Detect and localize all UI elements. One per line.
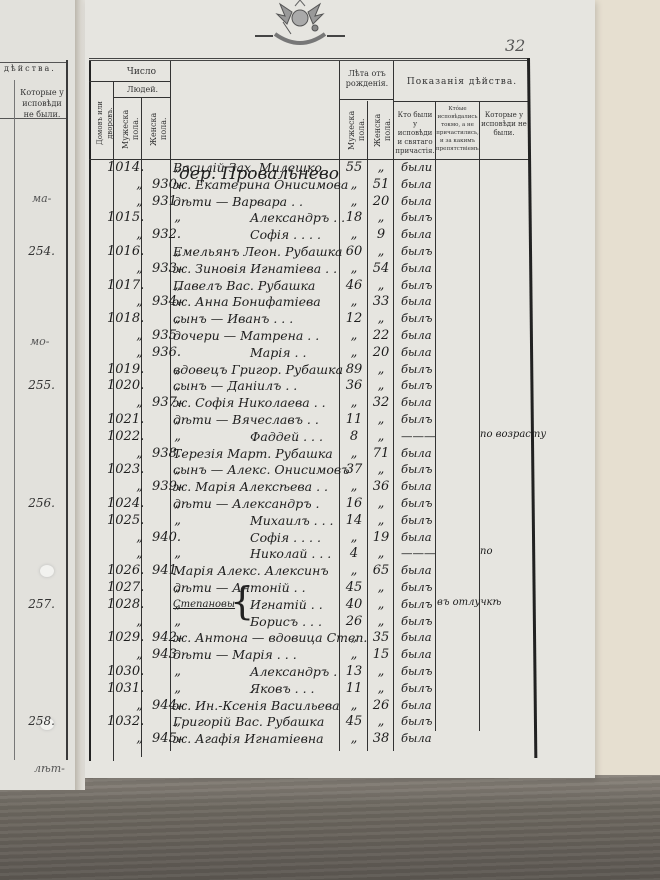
person-name: дѣти — Варвара . .: [173, 194, 341, 209]
female-number: 936.: [145, 345, 181, 360]
confession-status: была: [401, 177, 447, 191]
left-margin-note: ма-: [32, 192, 51, 205]
age-female: „: [369, 614, 393, 629]
male-number: 1032.: [107, 714, 143, 729]
male-number: 1021.: [107, 412, 143, 427]
female-number: „: [145, 681, 181, 696]
female-number: „: [145, 513, 181, 528]
book-gutter: [75, 0, 85, 790]
age-male: 4: [343, 546, 365, 561]
left-header-rule: [0, 62, 66, 63]
confession-status: были: [401, 160, 447, 174]
male-number: 1023.: [107, 462, 143, 477]
person-name: ж. Екатерина Онисимова: [173, 177, 341, 192]
header-people: Людей.: [115, 85, 170, 95]
floor: [0, 775, 660, 880]
male-number: 1031.: [107, 681, 143, 696]
age-male: 18: [343, 210, 365, 225]
age-male: „: [343, 479, 365, 494]
confession-status: былъ: [401, 412, 447, 426]
male-number: 1022.: [107, 429, 143, 444]
age-male: „: [343, 345, 365, 360]
left-header-rule: [0, 118, 66, 119]
female-number: „: [145, 664, 181, 679]
header-confessed: Кто были у исповѣди и святаго причастія.: [395, 111, 435, 156]
absence-note: въ отлучкѣ: [437, 597, 517, 608]
header-female: Женска пола.: [149, 103, 161, 155]
age-female: „: [369, 278, 393, 293]
header-confessed-only: Кто́ые исповѣдались токмо, а не причасти…: [436, 105, 479, 153]
age-male: „: [343, 731, 365, 746]
age-male: 13: [343, 664, 365, 679]
confession-status: былъ: [401, 580, 447, 594]
left-header-absent: Которые у исповѣди не были.: [18, 87, 66, 120]
age-female: „: [369, 580, 393, 595]
age-male: 11: [343, 681, 365, 696]
age-female: „: [369, 244, 393, 259]
female-number: „: [145, 614, 181, 629]
left-frame-line: [66, 60, 68, 760]
male-number: „: [107, 261, 143, 276]
person-name: ж. Анна Бонифатіева: [173, 294, 341, 309]
age-female: „: [369, 378, 393, 393]
confession-status: была: [401, 647, 447, 661]
person-name: сынъ — Даніилъ . .: [173, 378, 341, 393]
age-male: 8: [343, 429, 365, 444]
age-male: „: [343, 698, 365, 713]
house-number: 256.: [15, 496, 55, 510]
age-female: 36: [369, 479, 393, 494]
male-number: 1029.: [107, 630, 143, 645]
confession-status: была: [401, 328, 447, 342]
confession-status: былъ: [401, 513, 447, 527]
person-name: дѣти — Вячеславъ . .: [173, 412, 341, 427]
male-number: „: [107, 446, 143, 461]
header-number: Число: [113, 67, 170, 77]
paper-damage: [40, 565, 54, 577]
age-female: 51: [369, 177, 393, 192]
page-number: 32: [505, 36, 525, 55]
confession-status: былъ: [401, 714, 447, 728]
age-male: „: [343, 630, 365, 645]
confession-status: ———: [401, 429, 447, 443]
age-female: 71: [369, 446, 393, 461]
age-female: „: [369, 496, 393, 511]
family-label: Степановы: [173, 599, 235, 610]
age-male: 16: [343, 496, 365, 511]
age-female: „: [369, 362, 393, 377]
age-male: „: [343, 395, 365, 410]
confession-status: была: [401, 446, 447, 460]
age-male: 26: [343, 614, 365, 629]
age-female: 20: [369, 345, 393, 360]
absent-reason: по возрасту: [480, 429, 560, 440]
male-number: „: [107, 328, 143, 343]
confession-status: былъ: [401, 362, 447, 376]
age-male: „: [343, 294, 365, 309]
person-name: ж. Ин.-Ксенія Васильева: [173, 698, 341, 713]
age-male: „: [343, 328, 365, 343]
male-number: „: [107, 546, 143, 561]
male-number: 1016.: [107, 244, 143, 259]
person-name: Емельянъ Леон. Рубашка: [173, 244, 341, 259]
header-age-female: Женска пола.: [373, 105, 385, 155]
age-male: „: [343, 261, 365, 276]
header-houses: Домовъ или дворовъ.: [95, 91, 109, 155]
person-name: Григорій Вас. Рубашка: [173, 714, 341, 729]
male-number: 1014.: [107, 160, 143, 175]
confession-status: былъ: [401, 496, 447, 510]
age-male: „: [343, 194, 365, 209]
confession-status: ———: [401, 546, 447, 560]
age-female: „: [369, 681, 393, 696]
house-number: 255.: [15, 378, 55, 392]
confession-status: была: [401, 395, 447, 409]
confession-status: былъ: [401, 614, 447, 628]
header-rule: [89, 81, 170, 82]
age-female: „: [369, 160, 393, 175]
female-number: „: [145, 429, 181, 444]
left-margin-note: лѣт-: [34, 762, 65, 775]
person-name: дѣти — Марія . . .: [173, 647, 341, 662]
age-female: 65: [369, 563, 393, 578]
male-number: „: [107, 395, 143, 410]
absent-reason: по: [480, 546, 560, 557]
header-age: Лѣта отъ рожденія.: [341, 69, 393, 89]
age-female: „: [369, 714, 393, 729]
age-male: „: [343, 227, 365, 242]
confession-status: была: [401, 194, 447, 208]
age-female: 54: [369, 261, 393, 276]
age-female: „: [369, 546, 393, 561]
age-female: „: [369, 513, 393, 528]
male-number: 1026.: [107, 563, 143, 578]
age-male: 89: [343, 362, 365, 377]
left-column-line: [14, 80, 15, 760]
header-male: Мужеска пола.: [121, 103, 133, 155]
confession-status: была: [401, 479, 447, 493]
person-name: дѣти — Александръ .: [173, 496, 341, 511]
age-female: „: [369, 210, 393, 225]
confession-status: была: [401, 345, 447, 359]
person-name: Терезія Март. Рубашка: [173, 446, 341, 461]
header-status: Показанія дѣйства.: [395, 77, 529, 87]
female-number: 932.: [145, 227, 181, 242]
female-number: „: [145, 546, 181, 561]
person-name: вдовецъ Григор. Рубашка: [173, 362, 341, 377]
header-rule: [393, 101, 529, 102]
age-male: 37: [343, 462, 365, 477]
age-male: „: [343, 530, 365, 545]
confession-status: былъ: [401, 681, 447, 695]
house-number: 254.: [15, 244, 55, 258]
confession-status: былъ: [401, 210, 447, 224]
male-number: „: [107, 647, 143, 662]
male-number: 1018.: [107, 311, 143, 326]
age-male: „: [343, 563, 365, 578]
person-name: Марія Алекс. Алексинъ: [173, 563, 341, 578]
male-number: 1019.: [107, 362, 143, 377]
age-female: „: [369, 664, 393, 679]
age-female: „: [369, 311, 393, 326]
male-number: „: [107, 194, 143, 209]
confession-status: была: [401, 227, 447, 241]
male-number: 1017.: [107, 278, 143, 293]
table-row: „945.ж. Агафія Игнатіевна„38была: [85, 731, 530, 753]
imperial-eagle-crest-icon: [255, 0, 345, 50]
age-male: 45: [343, 580, 365, 595]
male-number: „: [107, 731, 143, 746]
left-header-status: дѣйства.: [4, 64, 56, 73]
age-male: 40: [343, 597, 365, 612]
age-female: 35: [369, 630, 393, 645]
person-name: ж. Зиновія Игнатіева . .: [173, 261, 341, 276]
confession-status: была: [401, 261, 447, 275]
female-number: „: [145, 210, 181, 225]
house-number: 257.: [15, 597, 55, 611]
male-number: „: [107, 345, 143, 360]
person-name: Павелъ Вас. Рубашка: [173, 278, 341, 293]
confession-status: была: [401, 563, 447, 577]
person-name: сынъ — Иванъ . . .: [173, 311, 341, 326]
male-number: „: [107, 614, 143, 629]
header-rule: [339, 99, 393, 100]
person-name: дѣти — Антоній . .: [173, 580, 341, 595]
confession-status: была: [401, 294, 447, 308]
age-female: 15: [369, 647, 393, 662]
person-name: Василій Зах. Милешко: [173, 160, 341, 175]
male-number: 1030.: [107, 664, 143, 679]
age-male: 11: [343, 412, 365, 427]
confession-status: былъ: [401, 378, 447, 392]
age-male: 36: [343, 378, 365, 393]
age-female: 22: [369, 328, 393, 343]
age-male: 60: [343, 244, 365, 259]
male-number: 1020.: [107, 378, 143, 393]
confession-status: была: [401, 630, 447, 644]
confession-status: былъ: [401, 664, 447, 678]
age-male: 14: [343, 513, 365, 528]
confession-status: была: [401, 698, 447, 712]
left-page: дѣйства. Которые у исповѣди не были. ма-…: [0, 0, 76, 790]
age-female: „: [369, 429, 393, 444]
age-female: 9: [369, 227, 393, 242]
male-number: „: [107, 479, 143, 494]
male-number: „: [107, 294, 143, 309]
male-number: „: [107, 530, 143, 545]
age-male: 12: [343, 311, 365, 326]
confession-status: былъ: [401, 244, 447, 258]
header-age-male: Мужеска пола.: [347, 105, 359, 155]
header-absent: Которые у исповѣди не были.: [481, 111, 527, 138]
male-number: 1015.: [107, 210, 143, 225]
female-number: 940.: [145, 530, 181, 545]
age-female: 38: [369, 731, 393, 746]
person-name: сынъ — Алекс. Онисимовъ: [173, 462, 341, 477]
age-female: „: [369, 597, 393, 612]
age-male: 45: [343, 714, 365, 729]
male-number: 1027.: [107, 580, 143, 595]
age-female: 19: [369, 530, 393, 545]
male-number: „: [107, 227, 143, 242]
male-number: 1025.: [107, 513, 143, 528]
person-name: ж. Софія Николаева . .: [173, 395, 341, 410]
person-name: ж. Агафія Игнатіевна: [173, 731, 341, 746]
age-male: 46: [343, 278, 365, 293]
confession-status: былъ: [401, 311, 447, 325]
left-margin-note: мо-: [30, 335, 49, 348]
male-number: 1024.: [107, 496, 143, 511]
age-male: „: [343, 446, 365, 461]
header-rule: [113, 97, 170, 98]
age-female: 26: [369, 698, 393, 713]
person-name: ж. Марія Алексѣева . .: [173, 479, 341, 494]
age-female: 20: [369, 194, 393, 209]
confession-status: былъ: [401, 462, 447, 476]
age-male: „: [343, 177, 365, 192]
male-number: „: [107, 698, 143, 713]
register-page: 32 Число Домовъ или дворовъ. Людей. Муже…: [85, 0, 595, 778]
person-name: дочери — Матрена . .: [173, 328, 341, 343]
age-male: 55: [343, 160, 365, 175]
male-number: „: [107, 177, 143, 192]
age-female: 33: [369, 294, 393, 309]
age-female: „: [369, 412, 393, 427]
male-number: 1028.: [107, 597, 143, 612]
age-female: „: [369, 462, 393, 477]
confession-status: была: [401, 731, 447, 745]
house-number: 258.: [15, 714, 55, 728]
age-male: „: [343, 647, 365, 662]
person-name: ж. Антона — вдовица Степ.: [173, 630, 341, 645]
confession-status: былъ: [401, 278, 447, 292]
age-female: 32: [369, 395, 393, 410]
confession-status: была: [401, 530, 447, 544]
